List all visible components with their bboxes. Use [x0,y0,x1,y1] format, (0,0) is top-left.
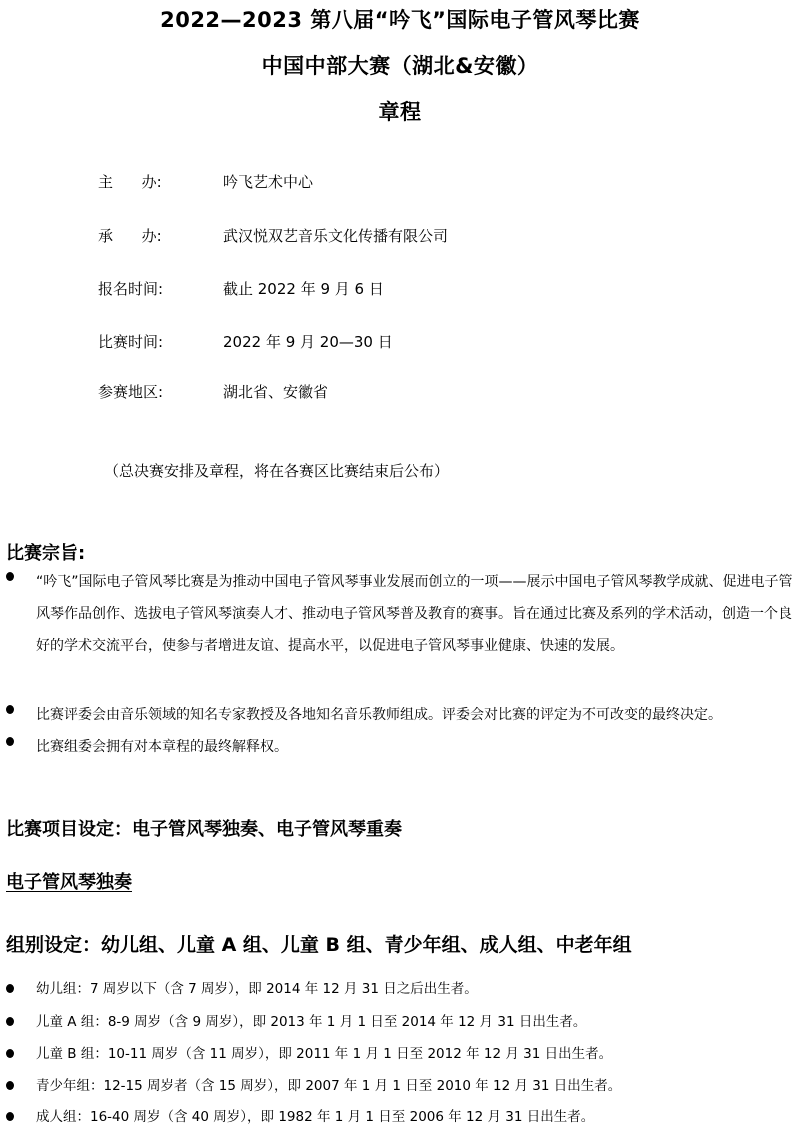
solo-heading: 电子管风琴独奏 [6,868,132,894]
doc-subtitle: 中国中部大赛（湖北&安徽） [0,50,800,80]
doc-title: 2022—2023 第八届“吟飞”国际电子管风琴比赛 [0,4,800,34]
purpose-heading: 比赛宗旨: [6,539,85,565]
bullet-icon [6,1049,14,1058]
doc-heading-charter: 章程 [0,96,800,126]
info-row-undertaker: 承 办: 武汉悦双艺音乐文化传播有限公司 [98,225,448,246]
projects-heading: 比赛项目设定：电子管风琴独奏、电子管风琴重奏 [6,815,402,841]
list-item: 成人组：16-40 周岁（含 40 周岁），即 1982 年 1 月 1 日至 … [6,1105,594,1125]
bullet-icon [6,1081,14,1090]
list-item: “吟飞”国际电子管风琴比赛是为推动中国电子管风琴事业发展而创立的一项——展示中国… [6,566,796,662]
finals-note: （总决赛安排及章程，将在各赛区比赛结束后公布） [104,460,449,481]
info-row-region: 参赛地区: 湖北省、安徽省 [98,381,328,402]
info-row-registration: 报名时间: 截止 2022 年 9 月 6 日 [98,278,384,299]
info-value: 吟飞艺术中心 [223,171,313,192]
info-label: 报名时间: [98,278,223,299]
list-item: 青少年组：12-15 周岁者（含 15 周岁），即 2007 年 1 月 1 日… [6,1074,621,1094]
groups-heading: 组别设定：幼儿组、儿童 A 组、儿童 B 组、青少年组、成人组、中老年组 [6,930,632,957]
bullet-icon [6,984,14,993]
list-item: 儿童 B 组：10-11 周岁（含 11 周岁），即 2011 年 1 月 1 … [6,1042,612,1062]
info-label: 承 办: [98,225,223,246]
list-item: 比赛组委会拥有对本章程的最终解释权。 [6,731,796,763]
bullet-icon [6,1017,14,1026]
info-value: 截止 2022 年 9 月 6 日 [223,278,384,299]
bullet-icon [6,705,14,714]
bullet-icon [6,1112,14,1121]
info-label: 比赛时间: [98,331,223,352]
info-row-organizer: 主 办: 吟飞艺术中心 [98,171,313,192]
bullet-icon [6,737,14,746]
list-item: 比赛评委会由音乐领域的知名专家教授及各地知名音乐教师组成。评委会对比赛的评定为不… [6,699,796,731]
bullet-icon [6,572,14,581]
info-value: 湖北省、安徽省 [223,381,328,402]
info-row-competition-time: 比赛时间: 2022 年 9 月 20—30 日 [98,331,393,352]
info-value: 武汉悦双艺音乐文化传播有限公司 [223,225,448,246]
info-value: 2022 年 9 月 20—30 日 [223,331,393,352]
list-item: 幼儿组：7 周岁以下（含 7 周岁），即 2014 年 12 月 31 日之后出… [6,977,478,997]
info-label: 主 办: [98,171,223,192]
info-label: 参赛地区: [98,381,223,402]
list-item: 儿童 A 组：8-9 周岁（含 9 周岁），即 2013 年 1 月 1 日至 … [6,1010,586,1030]
